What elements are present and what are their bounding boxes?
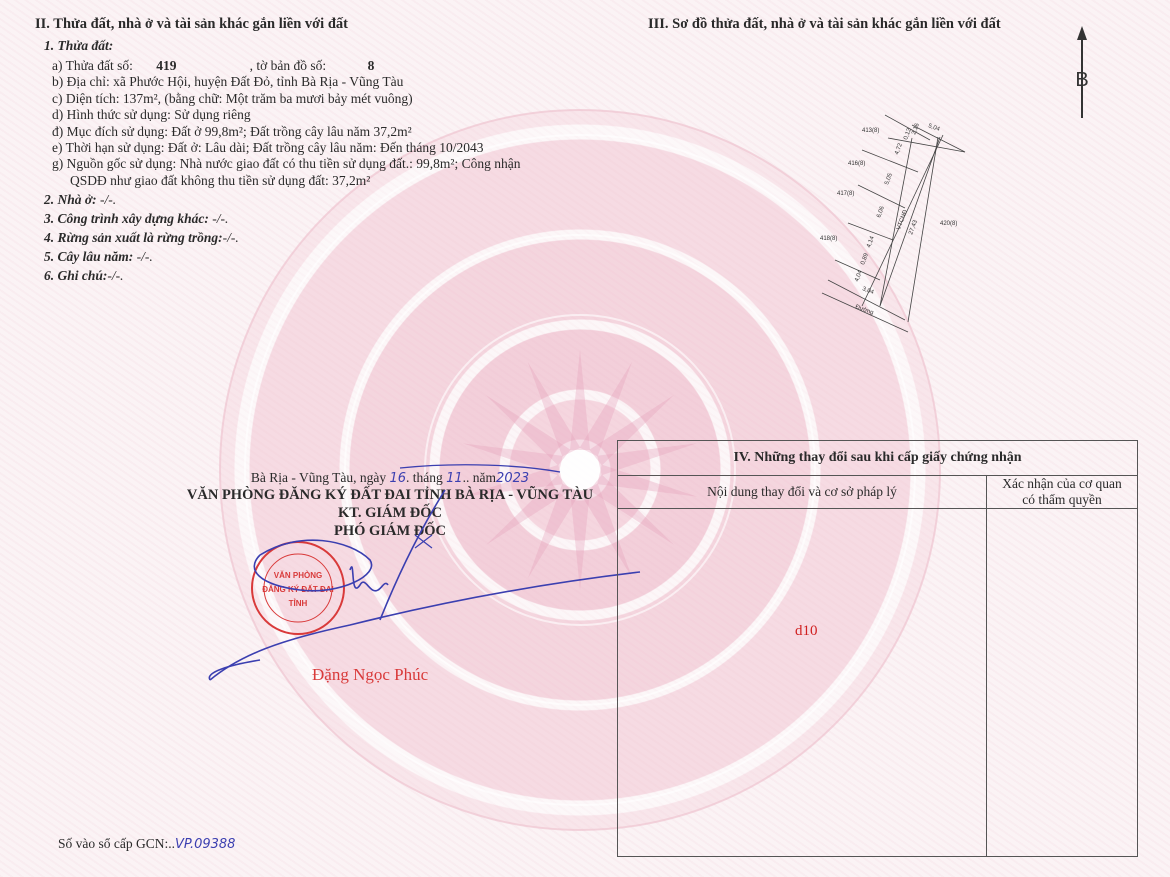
svg-text:4,04: 4,04 bbox=[854, 269, 864, 283]
svg-text:4,14: 4,14 bbox=[866, 235, 876, 249]
changes-table: IV. Những thay đổi sau khi cấp giấy chứn… bbox=[617, 440, 1138, 857]
area-line: c) Diện tích: 137m², (bằng chữ: Một trăm… bbox=[52, 91, 520, 107]
svg-text:4,72: 4,72 bbox=[894, 142, 904, 156]
svg-text:Đường: Đường bbox=[854, 304, 874, 316]
change-mark: d10 bbox=[795, 623, 818, 640]
other-assets: 2. Nhà ở: -/-. 3. Công trình xây dựng kh… bbox=[44, 190, 239, 285]
column-header-confirmation: Xác nhận của cơ quan có thẩm quyền bbox=[987, 476, 1138, 509]
north-arrow: B bbox=[1072, 26, 1092, 126]
svg-text:417(8): 417(8) bbox=[837, 191, 854, 197]
section-4-title: IV. Những thay đổi sau khi cấp giấy chứn… bbox=[618, 441, 1138, 476]
svg-text:420(8): 420(8) bbox=[940, 221, 957, 227]
plot-line: a) Thửa đất số: 419 , tờ bản đồ số: 8 bbox=[52, 58, 520, 74]
land-details: a) Thửa đất số: 419 , tờ bản đồ số: 8 b)… bbox=[52, 58, 520, 189]
usage-purpose-line: đ) Mục đích sử dụng: Đất ở 99,8m²; Đất t… bbox=[52, 124, 520, 140]
section-3-title: III. Sơ đồ thửa đất, nhà ở và tài sản kh… bbox=[648, 16, 1001, 33]
section-2-title: II. Thửa đất, nhà ở và tài sản khác gắn … bbox=[35, 16, 348, 33]
origin-line-1: g) Nguồn gốc sử dụng: Nhà nước giao đất … bbox=[52, 156, 520, 172]
registry-number: VP.09388 bbox=[175, 837, 235, 852]
usage-form-line: d) Hình thức sử dụng: Sử dụng riêng bbox=[52, 107, 520, 123]
plot-sketch-map: 413(8) 416(8) 417(8) 418(8) 420(8) 5,04 … bbox=[800, 110, 980, 340]
confirmation-cell bbox=[987, 509, 1138, 857]
svg-text:3,04: 3,04 bbox=[861, 286, 875, 296]
svg-text:5,04: 5,04 bbox=[927, 123, 941, 133]
plot-number: 419 bbox=[136, 58, 246, 74]
svg-text:5,05: 5,05 bbox=[884, 172, 894, 186]
north-arrow-icon: B bbox=[1072, 26, 1092, 121]
svg-text:0,89: 0,89 bbox=[860, 252, 870, 266]
origin-line-2: QSDĐ như giao đất không thu tiền sử dụng… bbox=[52, 173, 520, 189]
svg-text:B: B bbox=[1075, 69, 1088, 91]
change-content-cell bbox=[618, 509, 987, 857]
svg-text:418(8): 418(8) bbox=[820, 236, 837, 242]
address-line: b) Địa chỉ: xã Phước Hội, huyện Đất Đỏ, … bbox=[52, 74, 520, 90]
map-sheet-number: 8 bbox=[330, 58, 375, 73]
handwritten-signature bbox=[200, 460, 650, 690]
usage-term-line: e) Thời hạn sử dụng: Đất ở: Lâu dài; Đất… bbox=[52, 140, 520, 156]
land-heading: 1. Thửa đất: bbox=[44, 38, 113, 54]
column-header-content: Nội dung thay đổi và cơ sở pháp lý bbox=[618, 476, 987, 509]
svg-text:6,06: 6,06 bbox=[876, 205, 886, 219]
svg-text:413(8): 413(8) bbox=[862, 128, 879, 134]
svg-text:416(8): 416(8) bbox=[848, 161, 865, 167]
signer-name: Đặng Ngọc Phúc bbox=[312, 665, 428, 685]
registry-number-line: Số vào sổ cấp GCN:..VP.09388 bbox=[58, 836, 235, 852]
